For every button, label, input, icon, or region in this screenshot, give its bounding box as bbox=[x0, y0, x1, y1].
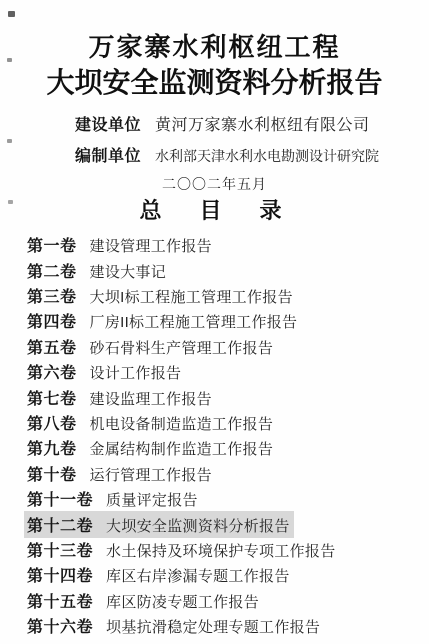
toc-row-volume-12: 第十二卷大坝安全监测资料分析报告 bbox=[27, 511, 421, 536]
toc-entry: 第二卷建设大事记 bbox=[27, 257, 170, 284]
volume-label: 第十四卷 bbox=[27, 563, 93, 586]
volume-label: 第二卷 bbox=[27, 259, 77, 282]
volume-title: 建设监理工作报告 bbox=[90, 388, 212, 409]
volume-label: 第八卷 bbox=[27, 411, 77, 434]
volume-label: 第四卷 bbox=[27, 309, 77, 332]
volume-label: 第六卷 bbox=[27, 360, 77, 383]
volume-title: 建设大事记 bbox=[90, 261, 167, 282]
scan-artifact bbox=[7, 139, 12, 143]
volume-label: 第三卷 bbox=[27, 284, 77, 307]
volume-title: 厂房II标工程施工管理工作报告 bbox=[90, 311, 298, 332]
builder-label: 建设单位 bbox=[75, 117, 141, 134]
toc-entry: 第十卷运行管理工作报告 bbox=[27, 460, 216, 487]
volume-title: 大坝安全监测资料分析报告 bbox=[106, 515, 290, 536]
volume-title: 建设管理工作报告 bbox=[90, 235, 212, 256]
toc-row-volume-2: 第二卷建设大事记 bbox=[27, 257, 421, 282]
toc-row-volume-7: 第七卷建设监理工作报告 bbox=[27, 384, 421, 409]
toc-entry: 第十二卷大坝安全监测资料分析报告 bbox=[24, 511, 294, 538]
compiler-line: 编制单位水利部天津水利水电勘测设计研究院 bbox=[75, 143, 379, 166]
volume-title: 设计工作报告 bbox=[90, 362, 182, 383]
toc-entry: 第八卷机电设备制造监造工作报告 bbox=[27, 409, 277, 436]
toc-list: 第一卷建设管理工作报告 第二卷建设大事记 第三卷大坝I标工程施工管理工作报告 第… bbox=[27, 232, 421, 638]
toc-row-volume-9: 第九卷金属结构制作监造工作报告 bbox=[27, 435, 421, 460]
toc-entry: 第一卷建设管理工作报告 bbox=[27, 231, 216, 258]
toc-row-volume-8: 第八卷机电设备制造监造工作报告 bbox=[27, 410, 421, 435]
toc-row-volume-5: 第五卷砂石骨料生产管理工作报告 bbox=[27, 334, 421, 359]
toc-entry: 第三卷大坝I标工程施工管理工作报告 bbox=[27, 282, 297, 309]
toc-entry: 第十五卷库区防凌专题工作报告 bbox=[27, 587, 263, 614]
toc-row-volume-1: 第一卷建设管理工作报告 bbox=[27, 232, 421, 257]
volume-title: 砂石骨料生产管理工作报告 bbox=[90, 337, 274, 358]
volume-title: 坝基抗滑稳定处理专题工作报告 bbox=[106, 616, 320, 637]
volume-label: 第十卷 bbox=[27, 462, 77, 485]
volume-title: 金属结构制作监造工作报告 bbox=[90, 438, 274, 459]
volume-label: 第七卷 bbox=[27, 386, 77, 409]
volume-title: 质量评定报告 bbox=[106, 489, 198, 510]
toc-entry: 第十四卷库区右岸渗漏专题工作报告 bbox=[27, 561, 294, 588]
toc-entry: 第十六卷坝基抗滑稳定处理专题工作报告 bbox=[27, 612, 324, 639]
volume-label: 第十一卷 bbox=[27, 487, 93, 510]
toc-entry: 第六卷设计工作报告 bbox=[27, 358, 185, 385]
volume-label: 第十二卷 bbox=[27, 513, 93, 536]
toc-row-volume-4: 第四卷厂房II标工程施工管理工作报告 bbox=[27, 308, 421, 333]
toc-entry: 第四卷厂房II标工程施工管理工作报告 bbox=[27, 307, 301, 334]
toc-row-volume-3: 第三卷大坝I标工程施工管理工作报告 bbox=[27, 283, 421, 308]
toc-entry: 第十三卷水土保持及环境保护专项工作报告 bbox=[27, 536, 340, 563]
scan-artifact bbox=[8, 11, 15, 17]
toc-heading: 总 目 录 bbox=[0, 194, 429, 225]
toc-entry: 第九卷金属结构制作监造工作报告 bbox=[27, 434, 277, 461]
builder-line: 建设单位黄河万家寨水利枢纽有限公司 bbox=[75, 112, 370, 135]
toc-entry: 第五卷砂石骨料生产管理工作报告 bbox=[27, 333, 277, 360]
publish-date: 二〇〇二年五月 bbox=[0, 174, 429, 194]
volume-title: 运行管理工作报告 bbox=[90, 464, 212, 485]
toc-row-volume-15: 第十五卷库区防凌专题工作报告 bbox=[27, 587, 421, 612]
volume-label: 第十五卷 bbox=[27, 589, 93, 612]
toc-entry: 第七卷建设监理工作报告 bbox=[27, 384, 216, 411]
volume-label: 第十六卷 bbox=[27, 614, 93, 637]
toc-entry: 第十一卷质量评定报告 bbox=[27, 485, 202, 512]
report-title: 大坝安全监测资料分析报告 bbox=[0, 61, 429, 101]
builder-value: 黄河万家寨水利枢纽有限公司 bbox=[155, 117, 370, 134]
volume-label: 第五卷 bbox=[27, 335, 77, 358]
volume-title: 大坝I标工程施工管理工作报告 bbox=[90, 286, 293, 307]
toc-row-volume-14: 第十四卷库区右岸渗漏专题工作报告 bbox=[27, 562, 421, 587]
compiler-label: 编制单位 bbox=[75, 148, 141, 165]
volume-title: 水土保持及环境保护专项工作报告 bbox=[106, 540, 336, 561]
toc-row-volume-16: 第十六卷坝基抗滑稳定处理专题工作报告 bbox=[27, 613, 421, 638]
volume-label: 第十三卷 bbox=[27, 538, 93, 561]
volume-title: 库区右岸渗漏专题工作报告 bbox=[106, 565, 290, 586]
document-page: 万家寨水利枢纽工程 大坝安全监测资料分析报告 建设单位黄河万家寨水利枢纽有限公司… bbox=[0, 0, 429, 644]
compiler-value: 水利部天津水利水电勘测设计研究院 bbox=[155, 148, 379, 164]
toc-row-volume-13: 第十三卷水土保持及环境保护专项工作报告 bbox=[27, 537, 421, 562]
toc-row-volume-10: 第十卷运行管理工作报告 bbox=[27, 461, 421, 486]
project-title: 万家寨水利枢纽工程 bbox=[0, 27, 429, 64]
volume-title: 机电设备制造监造工作报告 bbox=[90, 413, 274, 434]
volume-label: 第一卷 bbox=[27, 233, 77, 256]
volume-title: 库区防凌专题工作报告 bbox=[106, 591, 259, 612]
volume-label: 第九卷 bbox=[27, 436, 77, 459]
toc-row-volume-6: 第六卷设计工作报告 bbox=[27, 359, 421, 384]
toc-row-volume-11: 第十一卷质量评定报告 bbox=[27, 486, 421, 511]
